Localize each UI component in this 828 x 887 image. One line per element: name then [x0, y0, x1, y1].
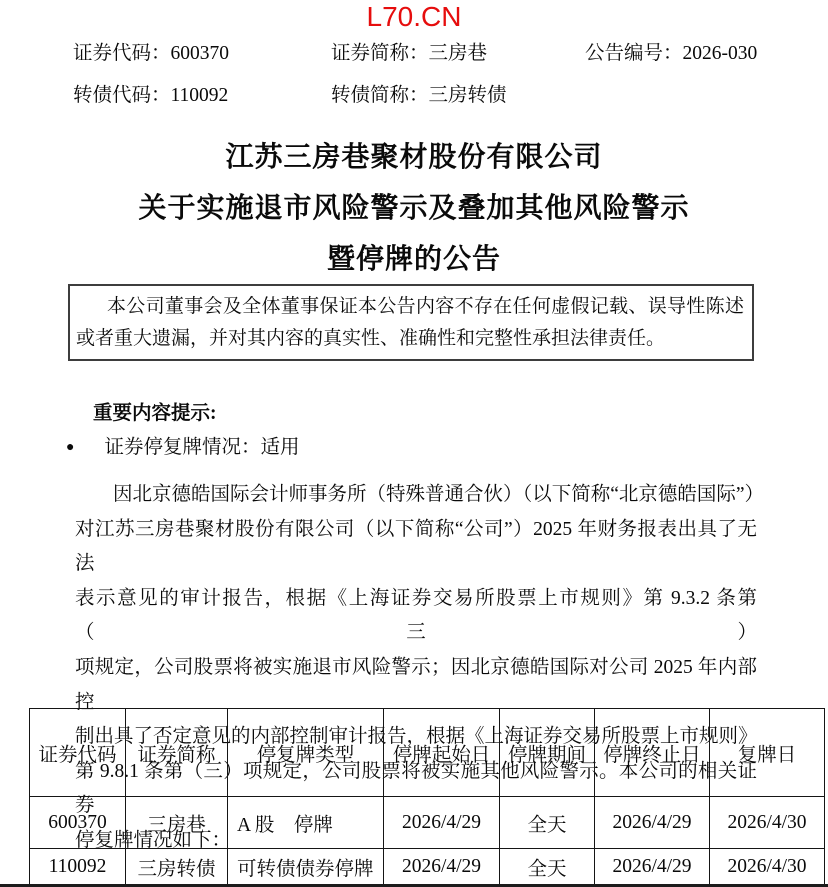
halt-status-bullet-item: ●证券停复牌情况：适用: [66, 431, 299, 459]
header-security-code: 证券代码: [30, 709, 126, 797]
table-row: 110092 三房转债 可转债债券停牌 2026/4/29 全天 2026/4/…: [30, 849, 825, 886]
header-halt-start-date: 停牌起始日: [384, 709, 500, 797]
halt-resume-table: 证券代码 证券简称 停复牌类型 停牌起始日 停牌期间 停牌终止日 复牌日 600…: [29, 708, 825, 886]
disclaimer-line-2: 或者重大遗漏，并对其内容的真实性、准确性和完整性承担法律责任。: [76, 323, 744, 355]
security-code: 证券代码：600370: [73, 43, 229, 65]
cell-resume-date: 2026/4/30: [710, 849, 825, 886]
cell-halt-end-date: 2026/4/29: [595, 797, 710, 849]
cell-security-code: 110092: [30, 849, 126, 886]
cell-halt-type: A 股 停牌: [228, 797, 384, 849]
body-line: 对江苏三房巷聚材股份有限公司（以下简称“公司”）2025 年财务报表出具了无法: [75, 513, 757, 582]
disclaimer-line-1: 本公司董事会及全体董事保证本公告内容不存在任何虚假记载、误导性陈述: [76, 291, 744, 323]
important-notice-heading: 重要内容提示:: [93, 397, 217, 425]
bond-name: 转债简称：三房转债: [331, 85, 507, 107]
cell-security-code: 600370: [30, 797, 126, 849]
header-halt-period: 停牌期间: [500, 709, 595, 797]
cell-resume-date: 2026/4/30: [710, 797, 825, 849]
cell-halt-period: 全天: [500, 849, 595, 886]
halt-status-text: 证券停复牌情况：适用: [104, 437, 299, 458]
body-line: 表示意见的审计报告，根据《上海证券交易所股票上市规则》第 9.3.2 条第（三）: [75, 582, 757, 651]
cell-halt-period: 全天: [500, 797, 595, 849]
bullet-icon: ●: [66, 440, 74, 455]
announcement-number: 公告编号：2026-030: [585, 43, 757, 65]
header-halt-type: 停复牌类型: [228, 709, 384, 797]
security-name: 证券简称：三房巷: [331, 43, 487, 65]
cell-halt-start-date: 2026/4/29: [384, 849, 500, 886]
site-watermark: L70.CN: [0, 2, 828, 32]
bond-code: 转债代码：110092: [73, 85, 228, 107]
header-resume-date: 复牌日: [710, 709, 825, 797]
table-header-row: 证券代码 证券简称 停复牌类型 停牌起始日 停牌期间 停牌终止日 复牌日: [30, 709, 825, 797]
cell-halt-end-date: 2026/4/29: [595, 849, 710, 886]
cell-security-name: 三房转债: [126, 849, 228, 886]
page-title-line-3: 暨停牌的公告: [0, 245, 828, 275]
cell-halt-start-date: 2026/4/29: [384, 797, 500, 849]
table-row: 600370 三房巷 A 股 停牌 2026/4/29 全天 2026/4/29…: [30, 797, 825, 849]
cell-security-name: 三房巷: [126, 797, 228, 849]
cell-halt-type: 可转债债券停牌: [228, 849, 384, 886]
announcement-page: L70.CN 证券代码：600370 证券简称：三房巷 公告编号：2026-03…: [0, 0, 828, 887]
disclaimer-box: 本公司董事会及全体董事保证本公告内容不存在任何虚假记载、误导性陈述 或者重大遗漏…: [68, 284, 754, 361]
header-security-name: 证券简称: [126, 709, 228, 797]
page-title-line-1: 江苏三房巷聚材股份有限公司: [0, 143, 828, 173]
page-title-line-2: 关于实施退市风险警示及叠加其他风险警示: [0, 194, 828, 224]
body-line: 因北京德皓国际会计师事务所（特殊普通合伙）（以下简称“北京德皓国际”）: [75, 478, 757, 513]
header-halt-end-date: 停牌终止日: [595, 709, 710, 797]
